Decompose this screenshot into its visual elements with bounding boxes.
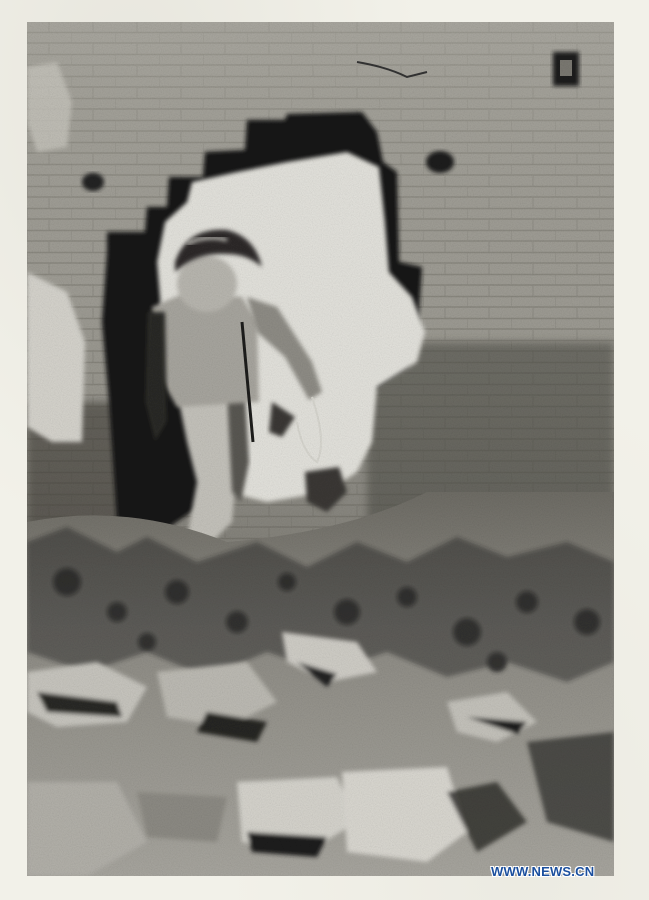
- photo-illustration: [27, 22, 614, 876]
- historical-photo: [27, 22, 614, 876]
- watermark: WWW.NEWS.CN: [491, 864, 594, 879]
